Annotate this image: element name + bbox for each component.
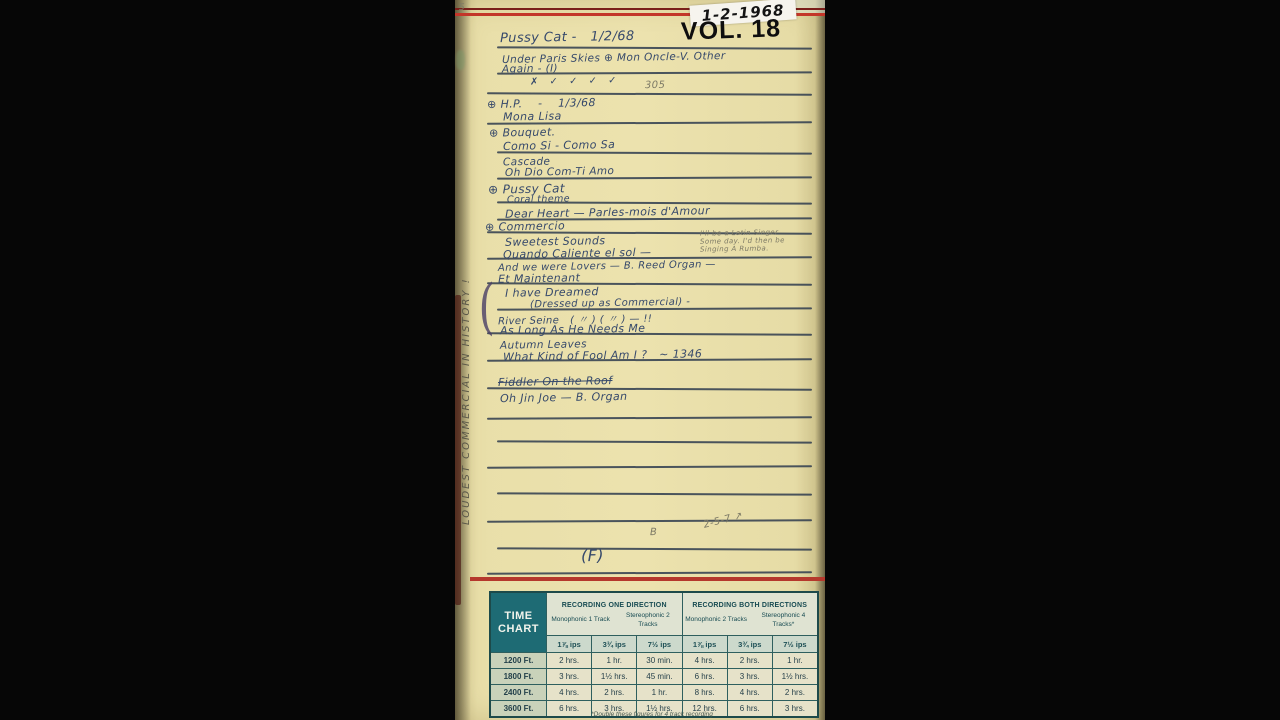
time-value-cell: 1 hr. [637, 685, 681, 700]
ruled-line [487, 465, 812, 468]
track-subheader: Monophonic 2 Tracks [683, 616, 750, 624]
handwritten-line: Quando Caliente el sol — [503, 246, 652, 262]
speed-header: 7½ ips [773, 636, 817, 652]
handwritten-line: Como Si - Como Sa [503, 138, 615, 153]
time-value-cell: 4 hrs. [547, 685, 591, 700]
handwritten-line: Fiddler On the Roof [498, 374, 613, 389]
handwritten-line: Et Maintenant [498, 271, 581, 285]
handwritten-line: Singing A Rumba. [700, 244, 769, 253]
speed-header: 1⅞ ips [683, 636, 727, 652]
volume-label: VOL. 18 [681, 14, 782, 46]
handwritten-line: (F) [581, 546, 604, 565]
handwritten-line: As Long As He Needs Me [500, 322, 646, 338]
group-title: RECORDING ONE DIRECTION [562, 602, 667, 609]
ruled-line [487, 92, 812, 95]
time-value-cell: 3 hrs. [547, 669, 591, 684]
time-value-cell: 1 hr. [773, 653, 817, 668]
track-subheader: Stereophonic 2 Tracks [614, 612, 681, 628]
ruled-line [497, 547, 812, 550]
speed-header: 1⅞ ips [547, 636, 591, 652]
handwritten-line: Coral theme [507, 193, 570, 205]
tape-log-page: 1-2-1968 VOL. 18 LOUDEST COMMERCIAL IN H… [455, 0, 825, 720]
handwritten-line: Mona Lisa [503, 109, 562, 123]
handwritten-line: 305 [645, 80, 665, 91]
time-chart-table: TIME CHARTRECORDING ONE DIRECTIONMonopho… [489, 591, 819, 718]
time-value-cell: 4 hrs. [683, 653, 727, 668]
ruled-line [487, 519, 812, 522]
time-value-cell: 6 hrs. [683, 669, 727, 684]
time-value-cell: 1½ hrs. [592, 669, 636, 684]
group-subheaders: Monophonic 2 TracksStereophonic 4 Tracks… [683, 612, 818, 628]
handwritten-line: 2-5-7 ↗ [702, 510, 744, 531]
track-subheader: Stereophonic 4 Tracks* [750, 612, 817, 628]
time-value-cell: 1½ hrs. [773, 669, 817, 684]
group-title: RECORDING BOTH DIRECTIONS [692, 602, 807, 609]
handwritten-line: What Kind of Fool Am I ? ~ 1346 [503, 347, 702, 363]
time-chart-title: TIME CHART [491, 593, 546, 652]
ruled-line [487, 571, 812, 574]
time-value-cell: 8 hrs. [683, 685, 727, 700]
tape-length-label: 1800 Ft. [491, 669, 546, 684]
ruled-line [497, 492, 812, 495]
time-value-cell: 1 hr. [592, 653, 636, 668]
time-value-cell: 3 hrs. [728, 669, 772, 684]
tape-length-label: 2400 Ft. [491, 685, 546, 700]
letterbox-stage: 1-2-1968 VOL. 18 LOUDEST COMMERCIAL IN H… [0, 0, 1280, 720]
time-value-cell: 30 min. [637, 653, 681, 668]
margin-note-vertical: LOUDEST COMMERCIAL IN HISTORY ! [461, 150, 477, 525]
time-chart-group-header: RECORDING BOTH DIRECTIONSMonophonic 2 Tr… [683, 593, 818, 635]
time-value-cell: 2 hrs. [592, 685, 636, 700]
time-chart-group-header: RECORDING ONE DIRECTIONMonophonic 1 Trac… [547, 593, 682, 635]
ruled-line [497, 46, 812, 49]
time-value-cell: 2 hrs. [728, 653, 772, 668]
time-value-cell: 2 hrs. [547, 653, 591, 668]
handwritten-line: B [650, 527, 657, 538]
speed-header: 3¾ ips [592, 636, 636, 652]
handwritten-line: Oh Jin Joe — B. Organ [500, 390, 628, 405]
track-subheader: Monophonic 1 Track [547, 616, 614, 624]
handwritten-line: ⊕ Bouquet. [489, 125, 556, 139]
brace-mark: ( [479, 272, 495, 342]
handwritten-line: ⊕ H.P. - 1/3/68 [487, 96, 596, 111]
green-smudge [456, 50, 465, 70]
handwritten-line: Oh Dio Com-Ti Amo [505, 165, 615, 179]
group-subheaders: Monophonic 1 TrackStereophonic 2 Tracks [547, 612, 682, 628]
speed-header: 7½ ips [637, 636, 681, 652]
bottom-rule-red [470, 577, 825, 581]
handwritten-line: Again - (I) [502, 63, 558, 76]
time-value-cell: 4 hrs. [728, 685, 772, 700]
handwritten-line: Pussy Cat - 1/2/68 [500, 29, 635, 46]
time-value-cell: 2 hrs. [773, 685, 817, 700]
handwritten-line: ✗ ✓ ✓ ✓ ✓ [530, 75, 617, 88]
ruled-line [497, 440, 812, 443]
handwritten-line: ⊕ Commercio [485, 219, 565, 233]
time-value-cell: 45 min. [637, 669, 681, 684]
handwritten-line: 5 [459, 3, 465, 13]
time-chart-footnote: *Double these figures for 4 track record… [489, 711, 815, 718]
speed-header: 3¾ ips [728, 636, 772, 652]
tape-length-label: 1200 Ft. [491, 653, 546, 668]
ruled-line [487, 416, 812, 419]
